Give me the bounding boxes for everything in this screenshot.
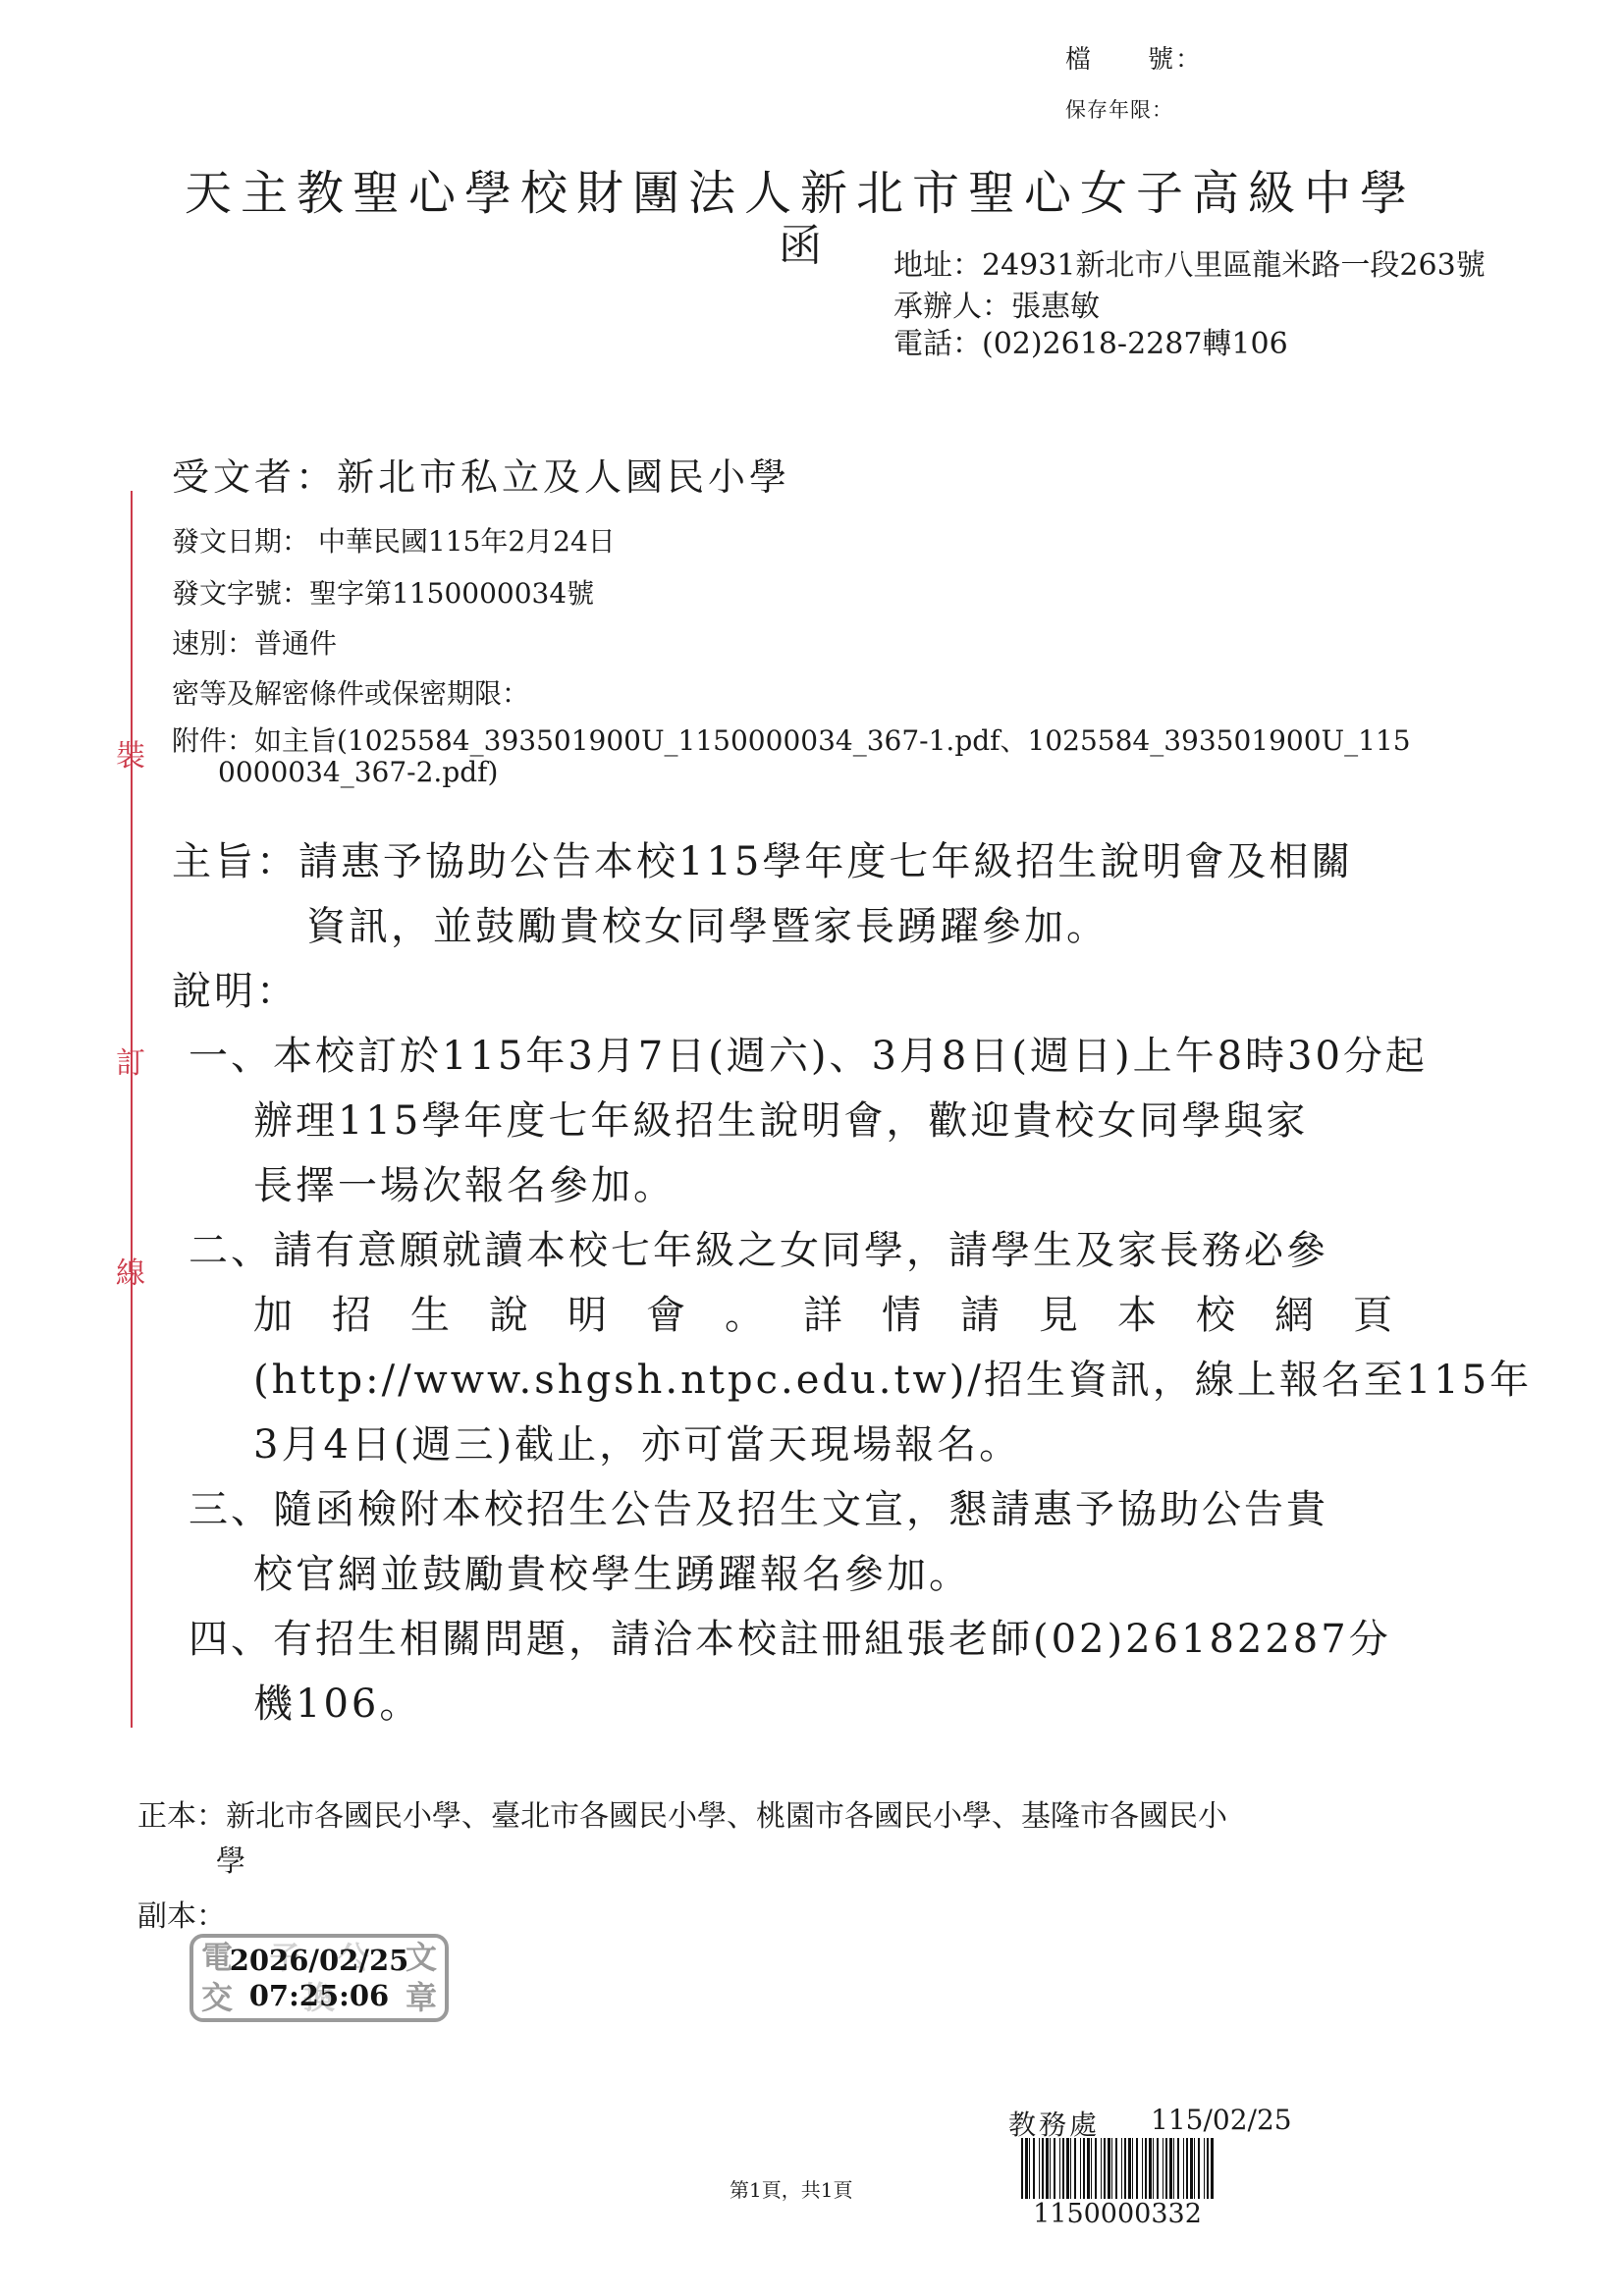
body-line: 機106。: [253, 1672, 1532, 1736]
body-line: 3月4日(週三)截止，亦可當天現場報名。: [253, 1413, 1532, 1477]
official-letter-page: 裝訂線 檔 號： 保存年限： 天主教聖心學校財團法人新北市聖心女子高級中學 函 …: [0, 0, 1623, 2296]
barcode: [1021, 2138, 1214, 2199]
body-line: 說明：: [172, 959, 1532, 1024]
binding-character: 裝: [116, 731, 145, 774]
body-line: 三、隨函檢附本校招生公告及招生文宣，懇請惠予協助公告貴: [189, 1477, 1532, 1542]
meta-line: 密等及解密條件或保密期限：: [172, 672, 529, 712]
copies-block: 正本：新北市各國民小學、臺北市各國民小學、桃園市各國民小學、基隆市各國民小 學 …: [137, 1794, 1227, 1940]
body-line: (http://www.shgsh.ntpc.edu.tw)/招生資訊，線上報名…: [253, 1348, 1532, 1413]
original-recipients-line1: 正本：新北市各國民小學、臺北市各國民小學、桃園市各國民小學、基隆市各國民小: [137, 1794, 1227, 1840]
stamp-date: 2026/02/25: [230, 1943, 409, 1978]
meta-line: 發文日期： 中華民國115年2月24日: [172, 520, 616, 560]
stamp-datetime: 2026/02/25 07:25:06: [193, 1938, 445, 2018]
original-recipients-line2: 學: [216, 1840, 1227, 1885]
body-line: 四、有招生相關問題，請洽本校註冊組張老師(02)26182287分: [189, 1607, 1532, 1672]
body-line: 二、請有意願就讀本校七年級之女同學，請學生及家長務必參: [189, 1218, 1532, 1283]
contact-phone: 電話：(02)2618-2287轉106: [893, 328, 1486, 361]
body-line: 主旨：請惠予協助公告本校115學年度七年級招生說明會及相關: [172, 829, 1532, 894]
meta-line: 速別：普通件: [172, 622, 337, 662]
page-info: 第1頁，共1頁: [730, 2174, 852, 2203]
body-line: 資訊，並鼓勵貴校女同學暨家長踴躍參加。: [306, 894, 1532, 959]
file-number-label: 檔 號：: [1065, 39, 1203, 76]
body-line: 校官網並鼓勵貴校學生踴躍報名參加。: [253, 1542, 1532, 1607]
meta-line: 發文字號：聖字第1150000034號: [172, 572, 594, 612]
footer-date: 115/02/25: [1151, 2104, 1292, 2136]
body-line: 加招生說明會。詳情請見本校網頁: [253, 1283, 1532, 1348]
recipient-line: 受文者：新北市私立及人國民小學: [172, 447, 790, 501]
letter-body: 主旨：請惠予協助公告本校115學年度七年級招生說明會及相關資訊，並鼓勵貴校女同學…: [0, 829, 1532, 1736]
body-line: 一、本校訂於115年3月7日(週六)、3月8日(週日)上午8時30分起: [189, 1024, 1532, 1089]
body-line: 長擇一場次報名參加。: [253, 1153, 1532, 1218]
department-label: 教務處: [1008, 2104, 1100, 2143]
meta-line: 附件：如主旨(1025584_393501900U_1150000034_367…: [172, 720, 1411, 759]
body-line: 辦理115學年度七年級招生說明會，歡迎貴校女同學與家: [253, 1089, 1532, 1153]
retention-period-label: 保存年限：: [1065, 94, 1173, 124]
attachment-continuation: 0000034_367-2.pdf): [218, 756, 498, 788]
contact-address: 地址：24931新北市八里區龍米路一段263號: [893, 245, 1486, 287]
contact-person: 承辦人：張惠敏: [893, 287, 1486, 328]
electronic-exchange-stamp: 電子公文 交換章 2026/02/25 07:25:06: [189, 1934, 449, 2022]
stamp-time: 07:25:06: [249, 1978, 389, 2013]
contact-block: 地址：24931新北市八里區龍米路一段263號 承辦人：張惠敏 電話：(02)2…: [893, 245, 1486, 361]
barcode-number: 1150000332: [1021, 2199, 1214, 2229]
